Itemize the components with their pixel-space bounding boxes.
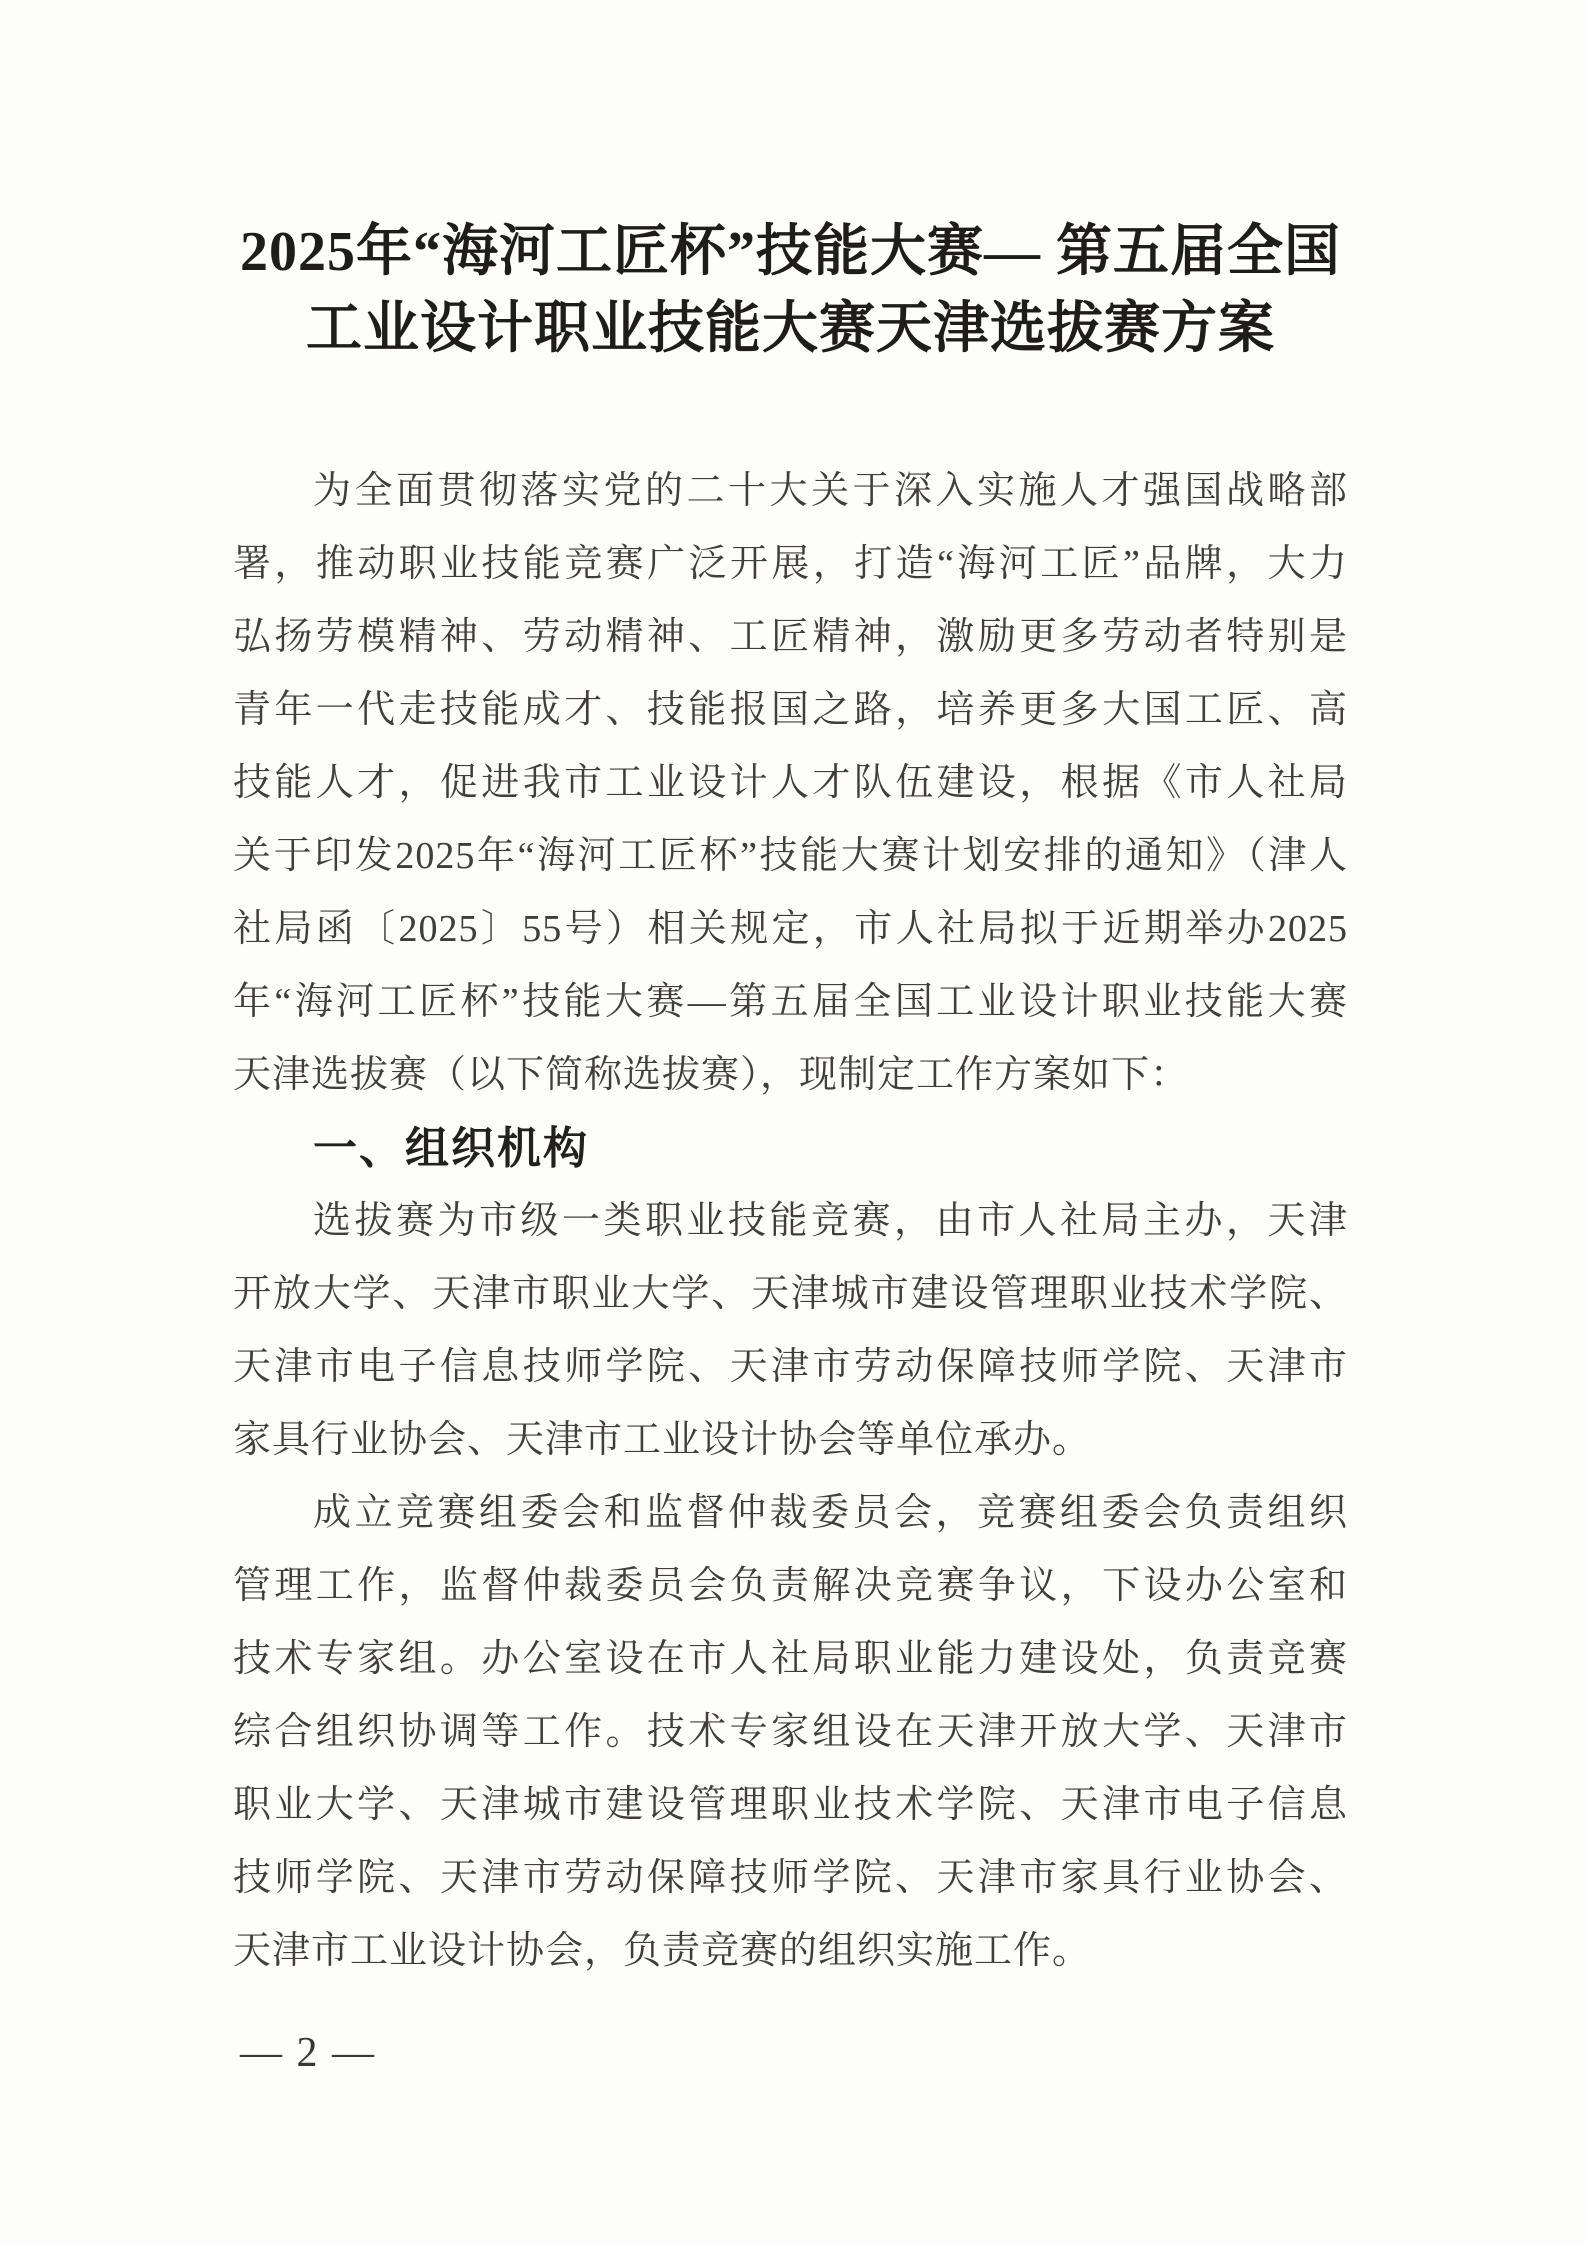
- page-number: — 2 —: [240, 2028, 376, 2078]
- text-line: 开放大学、天津市职业大学、天津城市建设管理职业技术学院、: [233, 1258, 1348, 1331]
- text-line: 技术专家组。办公室设在市人社局职业能力建设处，负责竞赛: [233, 1623, 1348, 1696]
- text-line: 管理工作，监督仲裁委员会负责解决竞赛争议，下设办公室和: [233, 1550, 1348, 1623]
- text-line: 选拔赛为市级一类职业技能竞赛，由市人社局主办，天津: [233, 1185, 1348, 1258]
- text-line: 综合组织协调等工作。技术专家组设在天津开放大学、天津市: [233, 1696, 1348, 1769]
- paragraph-intro: 为全面贯彻落实党的二十大关于深入实施人才强国战略部 署，推动职业技能竞赛广泛开展…: [233, 455, 1348, 1112]
- paragraph-organizers: 选拔赛为市级一类职业技能竞赛，由市人社局主办，天津 开放大学、天津市职业大学、天…: [233, 1185, 1348, 1477]
- document-title: 2025年“海河工匠杯”技能大赛— 第五届全国 工业设计职业技能大赛天津选拔赛方…: [233, 214, 1348, 368]
- paragraph-committees: 成立竞赛组委会和监督仲裁委员会，竞赛组委会负责组织 管理工作，监督仲裁委员会负责…: [233, 1477, 1348, 1988]
- scanned-document-page: 2025年“海河工匠杯”技能大赛— 第五届全国 工业设计职业技能大赛天津选拔赛方…: [0, 0, 1587, 2245]
- document-title-line-1: 2025年“海河工匠杯”技能大赛— 第五届全国: [233, 214, 1348, 291]
- text-line: 技能人才，促进我市工业设计人才队伍建设，根据《市人社局: [233, 747, 1348, 820]
- text-line: 职业大学、天津城市建设管理职业技术学院、天津市电子信息: [233, 1769, 1348, 1842]
- text-line: 年“海河工匠杯”技能大赛—第五届全国工业设计职业技能大赛: [233, 966, 1348, 1039]
- document-body: 为全面贯彻落实党的二十大关于深入实施人才强国战略部 署，推动职业技能竞赛广泛开展…: [233, 455, 1348, 1988]
- text-line: 青年一代走技能成才、技能报国之路，培养更多大国工匠、高: [233, 674, 1348, 747]
- text-line: 天津选拔赛（以下简称选拔赛），现制定工作方案如下：: [233, 1039, 1348, 1112]
- text-line: 为全面贯彻落实党的二十大关于深入实施人才强国战略部: [233, 455, 1348, 528]
- text-line: 署，推动职业技能竞赛广泛开展，打造“海河工匠”品牌，大力: [233, 528, 1348, 601]
- document-title-line-2: 工业设计职业技能大赛天津选拔赛方案: [233, 291, 1348, 368]
- text-line: 天津市工业设计协会，负责竞赛的组织实施工作。: [233, 1915, 1348, 1988]
- text-line: 家具行业协会、天津市工业设计协会等单位承办。: [233, 1404, 1348, 1477]
- text-line: 天津市电子信息技师学院、天津市劳动保障技师学院、天津市: [233, 1331, 1348, 1404]
- section-heading-organization: 一、组织机构: [233, 1112, 1348, 1185]
- text-line: 关于印发2025年“海河工匠杯”技能大赛计划安排的通知》（津人: [233, 820, 1348, 893]
- text-line: 成立竞赛组委会和监督仲裁委员会，竞赛组委会负责组织: [233, 1477, 1348, 1550]
- text-line: 技师学院、天津市劳动保障技师学院、天津市家具行业协会、: [233, 1842, 1348, 1915]
- text-line: 社局函〔2025〕55号）相关规定，市人社局拟于近期举办2025: [233, 893, 1348, 966]
- text-line: 弘扬劳模精神、劳动精神、工匠精神，激励更多劳动者特别是: [233, 601, 1348, 674]
